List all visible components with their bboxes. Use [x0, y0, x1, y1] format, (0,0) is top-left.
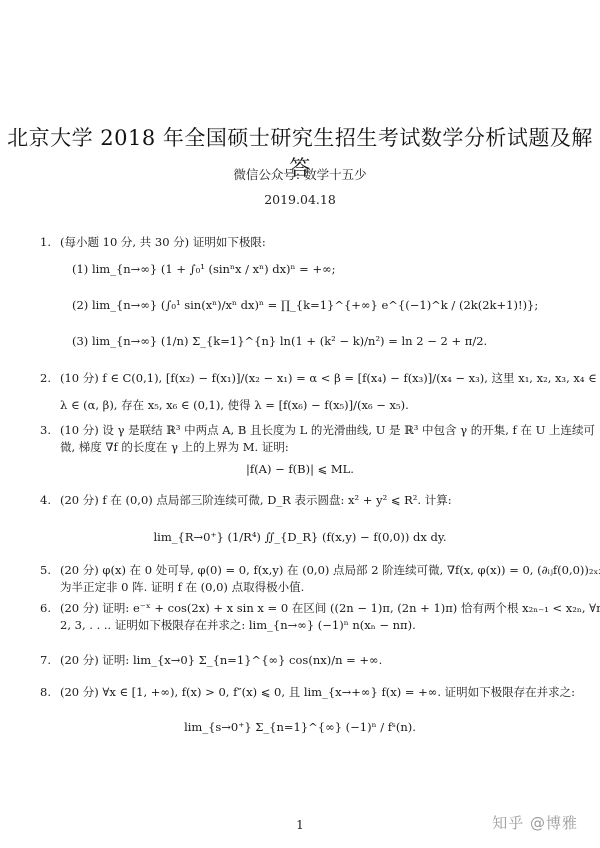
problem-1-part-1: (1) lim_{n→∞} (1 + ∫₀¹ (sinⁿx / xⁿ) dx)ⁿ… [72, 262, 336, 276]
problem-1-text: (每小题 10 分, 共 30 分) 证明如下极限: [60, 235, 266, 249]
document-subtitle: 微信公众号: 数学十五少 [0, 165, 600, 183]
problem-5: 5.(20 分) φ(x) 在 0 处可导, φ(0) = 0, f(x,y) … [40, 562, 560, 596]
problem-1-part-2: (2) lim_{n→∞} (∫₀¹ sin(xⁿ)/xⁿ dx)ⁿ = ∏_{… [72, 298, 538, 312]
problem-3-display: |f(A) − f(B)| ⩽ ML. [0, 462, 600, 476]
watermark: 知乎 @博雅 [492, 812, 578, 833]
problem-4: 4.(20 分) f 在 (0,0) 点局部三阶连续可微, D_R 表示圆盘: … [40, 492, 560, 509]
problem-6: 6.(20 分) 证明: e⁻ˣ + cos(2x) + x sin x = 0… [40, 600, 560, 634]
problem-1: 1.(每小题 10 分, 共 30 分) 证明如下极限: [40, 234, 560, 251]
problem-7: 7.(20 分) 证明: lim_{x→0} Σ_{n=1}^{∞} cos(n… [40, 652, 560, 669]
problem-3: 3.(10 分) 设 γ 是联结 ℝ³ 中两点 A, B 且长度为 L 的光滑曲… [40, 422, 560, 456]
problem-4-display: lim_{R→0⁺} (1/R⁴) ∬_{D_R} (f(x,y) − f(0,… [0, 530, 600, 544]
problem-1-part-3: (3) lim_{n→∞} (1/n) Σ_{k=1}^{n} ln(1 + (… [72, 334, 487, 348]
document-date: 2019.04.18 [0, 192, 600, 207]
problem-8-display: lim_{s→0⁺} Σ_{n=1}^{∞} (−1)ⁿ / fˢ(n). [0, 720, 600, 734]
document-page: 北京大学 2018 年全国硕士研究生招生考试数学分析试题及解答 微信公众号: 数… [0, 0, 600, 848]
problem-2: 2.(10 分) f ∈ C(0,1), [f(x₂) − f(x₁)]/(x₂… [40, 370, 560, 414]
problem-8: 8.(20 分) ∀x ∈ [1, +∞), f(x) > 0, f″(x) ⩽… [40, 684, 560, 701]
